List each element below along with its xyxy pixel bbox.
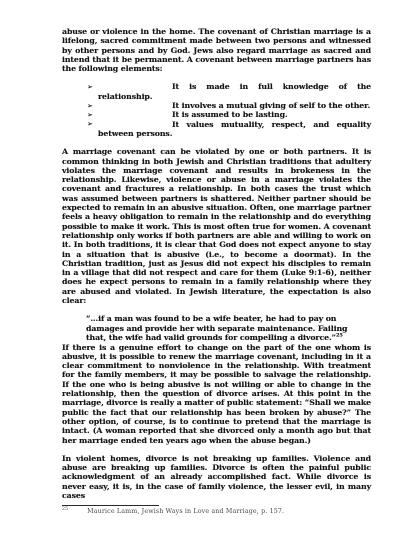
paragraph-covenant-violation: A marriage covenant can be violated by o… <box>62 147 371 305</box>
quote-text: “…if a man was found to be a wife beater… <box>86 314 347 342</box>
text-column: abuse or violence in the home. The coven… <box>62 27 371 509</box>
footnote-number: 25 <box>62 507 68 512</box>
list-item-text: It is made in full knowledge of the rela… <box>98 82 371 100</box>
list-item-text: It is assumed to be lasting. <box>172 110 288 119</box>
paragraph-intro: abuse or violence in the home. The coven… <box>62 27 371 73</box>
list-item: ➢ It involves a mutual giving of self to… <box>62 101 371 110</box>
paragraph-divorce-question: If there is a genuine effort to change o… <box>62 343 371 445</box>
document-page: abuse or violence in the home. The coven… <box>0 0 420 544</box>
arrow-bullet-icon: ➢ <box>87 120 93 129</box>
quote-block: “…if a man was found to be a wife beater… <box>86 314 352 342</box>
footnote-divider <box>62 505 159 506</box>
footnote-reference: 25 <box>336 333 343 339</box>
list-item-text: It involves a mutual giving of self to t… <box>172 101 370 110</box>
covenant-elements-list: ➢ It is made in full knowledge of the re… <box>62 82 371 138</box>
paragraph-closing: In violent homes, divorce is not breakin… <box>62 454 371 500</box>
footnote-text: Maurice Lamm, Jewish Ways in Love and Ma… <box>87 508 284 515</box>
footnote: 25Maurice Lamm, Jewish Ways in Love and … <box>62 508 371 516</box>
list-item: ➢ It is made in full knowledge of the re… <box>62 82 371 101</box>
list-item: ➢ It values mutuality, respect, and equa… <box>62 120 371 139</box>
arrow-bullet-icon: ➢ <box>87 83 93 92</box>
list-item: ➢ It is assumed to be lasting. <box>62 110 371 119</box>
list-item-text: It values mutuality, respect, and equali… <box>98 120 371 138</box>
